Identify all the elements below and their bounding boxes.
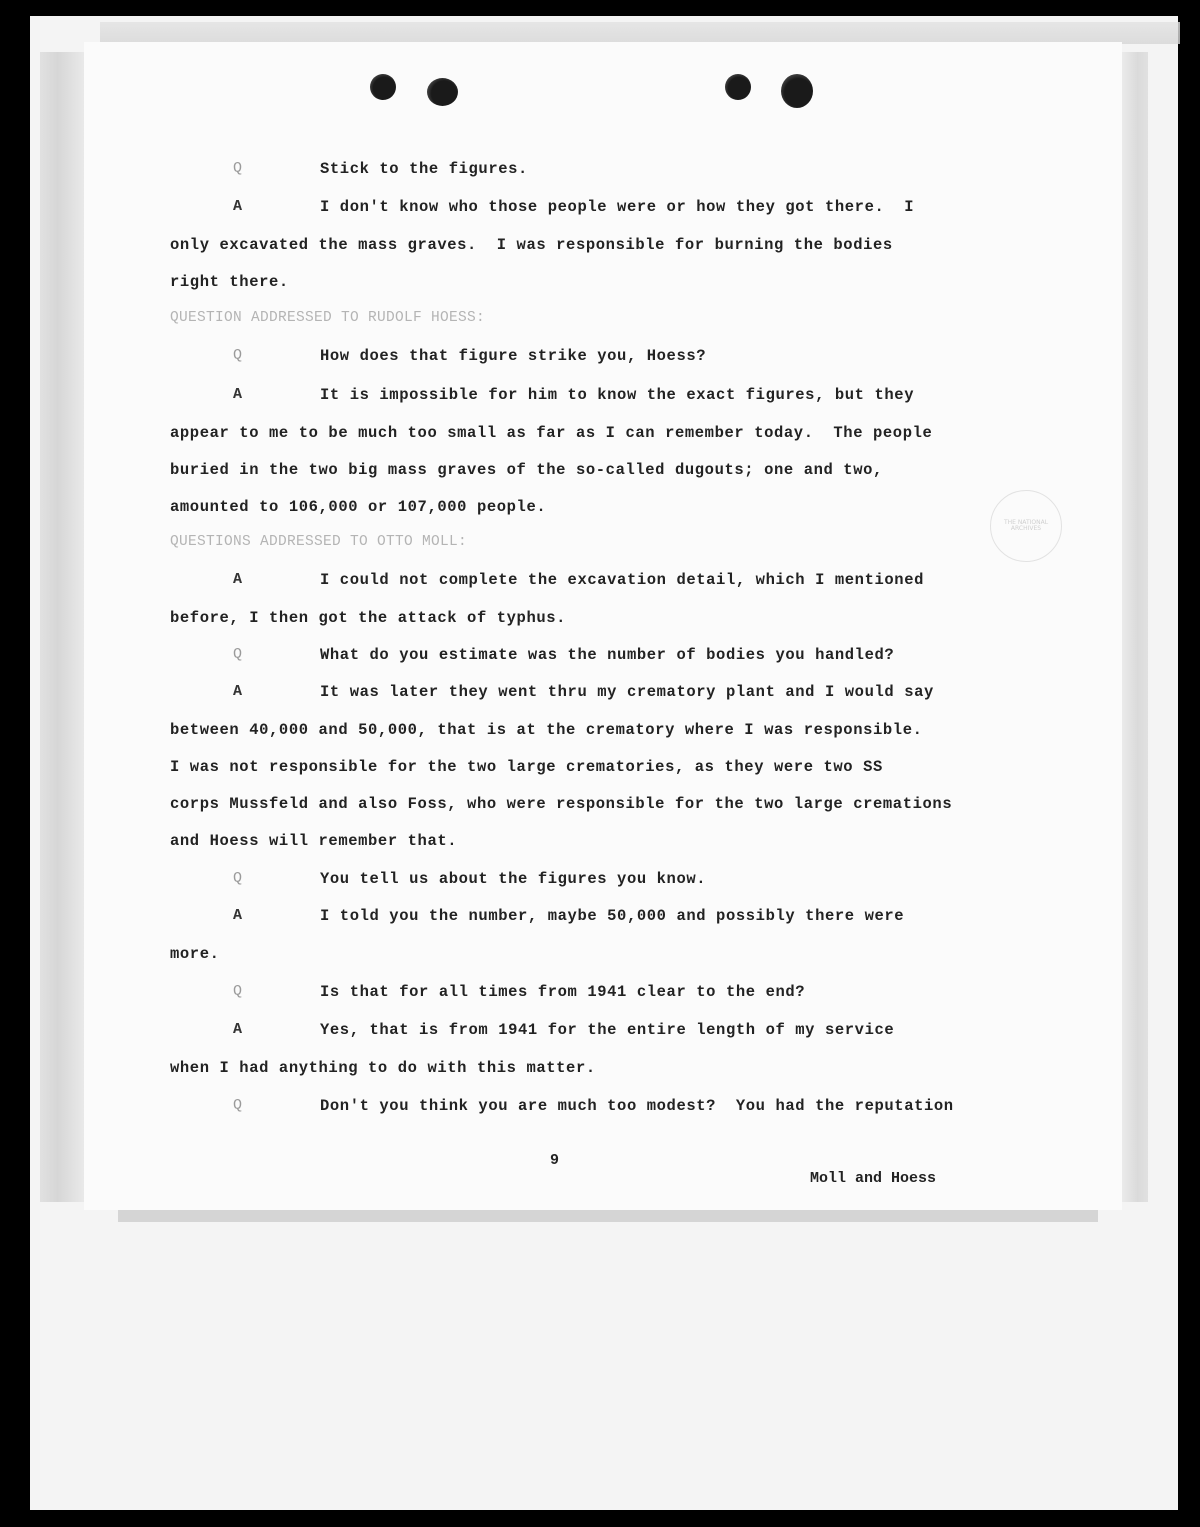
transcript-line: more. bbox=[170, 945, 220, 963]
speaker-answer: A bbox=[233, 198, 242, 215]
transcript-line: It was later they went thru my crematory… bbox=[320, 683, 934, 701]
transcript-line: buried in the two big mass graves of the… bbox=[170, 461, 883, 479]
transcript-line: before, I then got the attack of typhus. bbox=[170, 609, 566, 627]
speaker-answer: A bbox=[233, 571, 242, 588]
transcript-line: I don't know who those people were or ho… bbox=[320, 198, 914, 216]
page-number: 9 bbox=[550, 1152, 559, 1169]
speaker-answer: A bbox=[233, 1021, 242, 1038]
section-heading: QUESTION ADDRESSED TO RUDOLF HOESS: bbox=[170, 310, 485, 326]
section-heading: QUESTIONS ADDRESSED TO OTTO MOLL: bbox=[170, 534, 467, 550]
transcript-line: I was not responsible for the two large … bbox=[170, 758, 883, 776]
transcript-line: What do you estimate was the number of b… bbox=[320, 646, 894, 664]
transcript-line: I told you the number, maybe 50,000 and … bbox=[320, 907, 904, 925]
transcript-line: You tell us about the figures you know. bbox=[320, 870, 706, 888]
transcript-line: Yes, that is from 1941 for the entire le… bbox=[320, 1021, 894, 1039]
transcript-line: between 40,000 and 50,000, that is at th… bbox=[170, 721, 923, 739]
transcript-line: Don't you think you are much too modest?… bbox=[320, 1097, 954, 1115]
speaker-question: Q bbox=[233, 870, 242, 887]
transcript-line: appear to me to be much too small as far… bbox=[170, 424, 932, 442]
transcript-line: It is impossible for him to know the exa… bbox=[320, 386, 914, 404]
speaker-answer: A bbox=[233, 683, 242, 700]
speaker-question: Q bbox=[233, 347, 242, 364]
speaker-answer: A bbox=[233, 907, 242, 924]
transcript-line: Stick to the figures. bbox=[320, 160, 528, 178]
speaker-question: Q bbox=[233, 1097, 242, 1114]
transcript-line: I could not complete the excavation deta… bbox=[320, 571, 924, 589]
transcript-line: and Hoess will remember that. bbox=[170, 832, 457, 850]
page-shadow-right bbox=[1122, 52, 1148, 1202]
transcript-line: right there. bbox=[170, 273, 289, 291]
transcript-line: amounted to 106,000 or 107,000 people. bbox=[170, 498, 546, 516]
speaker-question: Q bbox=[233, 160, 242, 177]
page-shadow-left bbox=[40, 52, 84, 1202]
punch-hole-icon bbox=[370, 74, 396, 100]
transcript-line: corps Mussfeld and also Foss, who were r… bbox=[170, 795, 952, 813]
footer-label: Moll and Hoess bbox=[810, 1170, 936, 1187]
transcript-line: How does that figure strike you, Hoess? bbox=[320, 347, 706, 365]
punch-hole-icon bbox=[725, 74, 751, 100]
archive-stamp: THE NATIONAL ARCHIVES bbox=[990, 490, 1062, 562]
transcript-line: Is that for all times from 1941 clear to… bbox=[320, 983, 805, 1001]
transcript-line: only excavated the mass graves. I was re… bbox=[170, 236, 893, 254]
punch-hole-icon bbox=[781, 74, 813, 108]
punch-hole-icon bbox=[427, 78, 458, 106]
transcript-line: when I had anything to do with this matt… bbox=[170, 1059, 596, 1077]
speaker-answer: A bbox=[233, 386, 242, 403]
page-shadow-top bbox=[100, 22, 1180, 44]
page-shadow-bottom bbox=[118, 1210, 1098, 1222]
speaker-question: Q bbox=[233, 646, 242, 663]
speaker-question: Q bbox=[233, 983, 242, 1000]
